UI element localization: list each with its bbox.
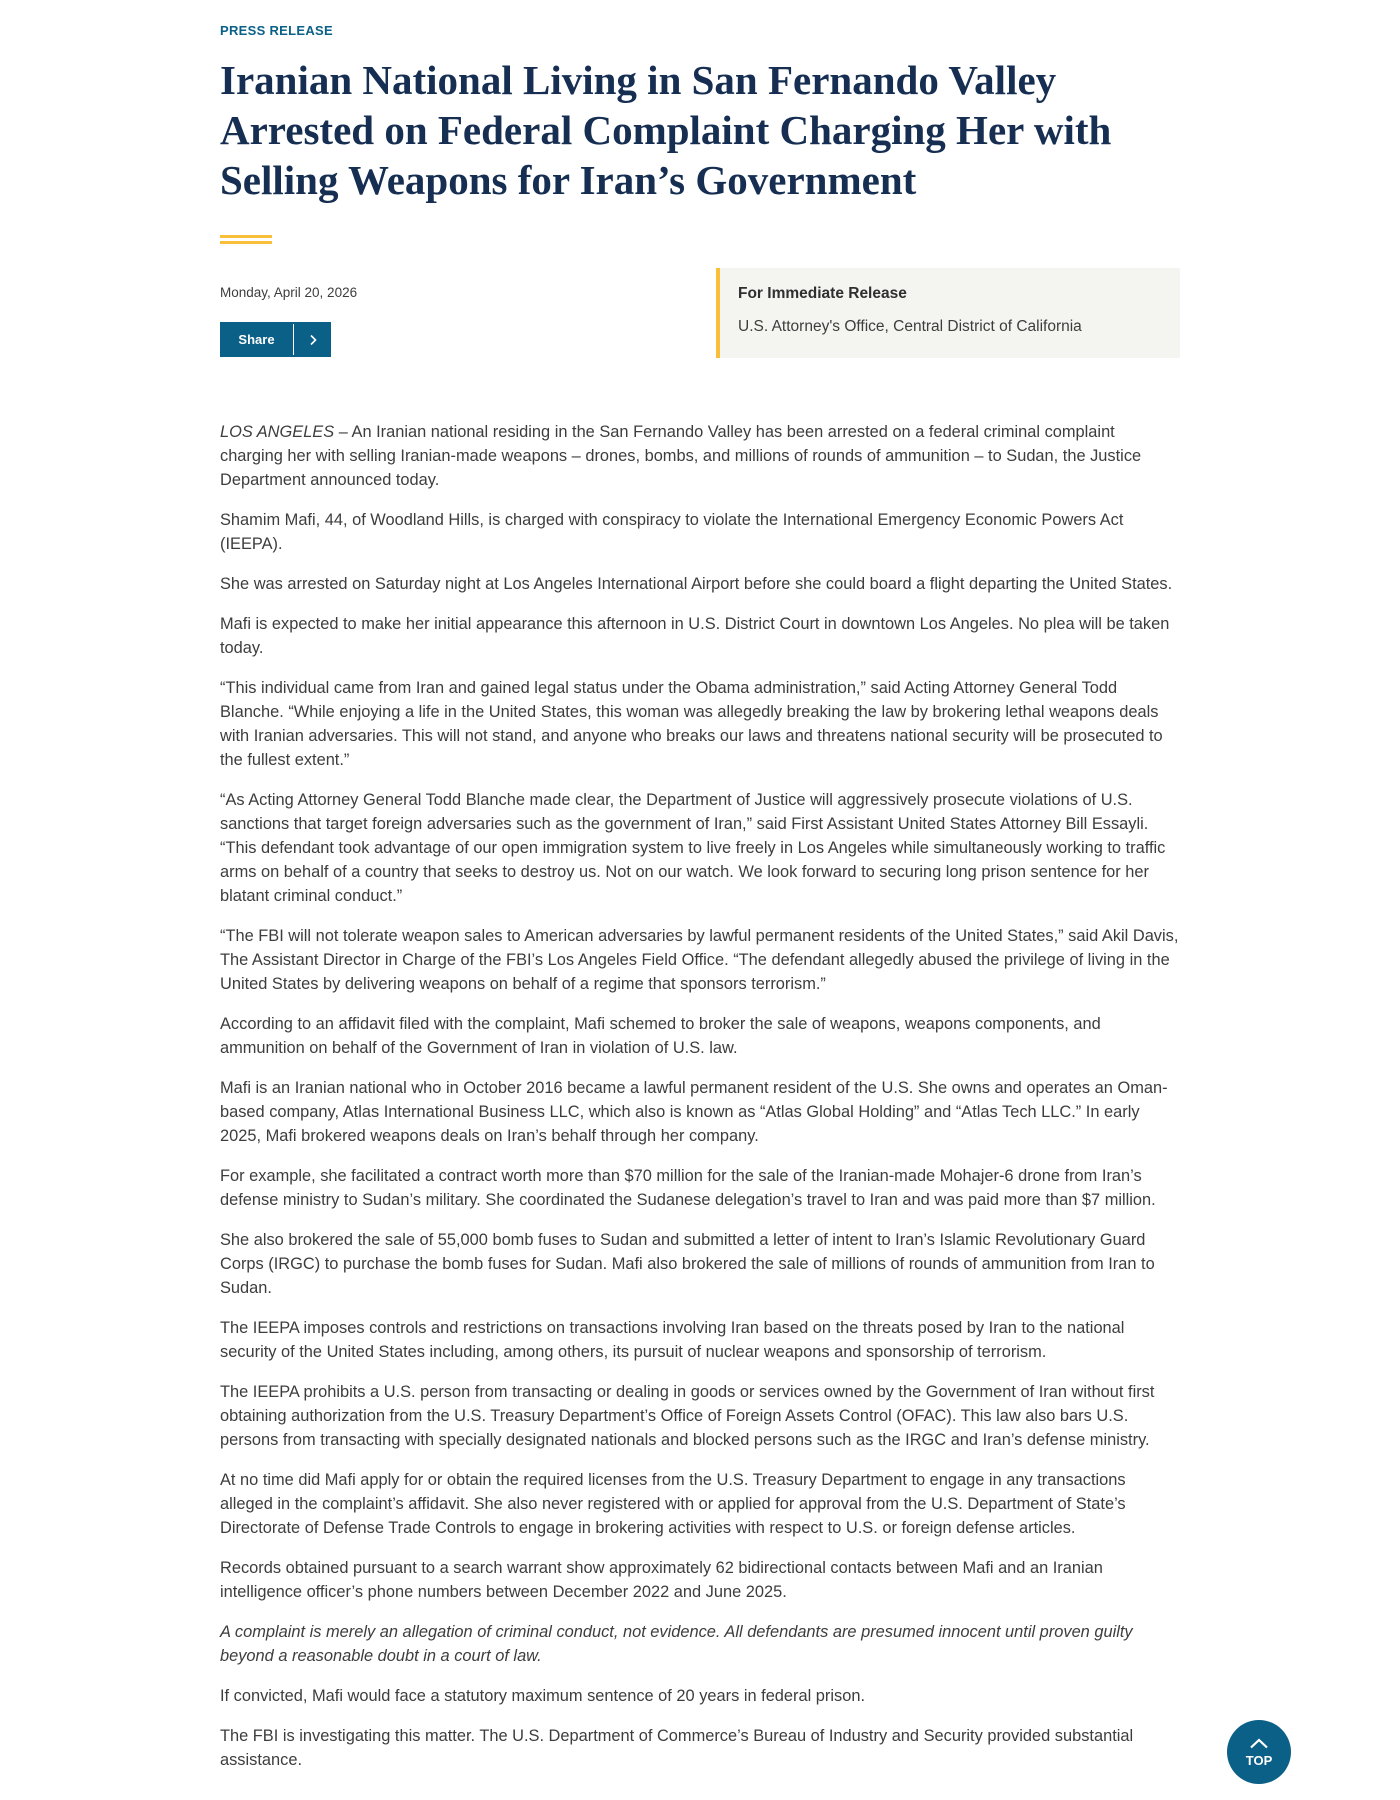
article-paragraph: The FBI is investigating this matter. Th…	[220, 1724, 1180, 1772]
page-eyebrow: PRESS RELEASE	[220, 23, 333, 38]
release-type: For Immediate Release	[738, 284, 1180, 304]
article-paragraph: She also brokered the sale of 55,000 bom…	[220, 1228, 1180, 1300]
back-to-top-label: TOP	[1246, 1753, 1273, 1768]
article-paragraph: The IEEPA imposes controls and restricti…	[220, 1316, 1180, 1364]
article-paragraph: LOS ANGELES – An Iranian national residi…	[220, 420, 1180, 492]
page-title: Iranian National Living in San Fernando …	[220, 55, 1180, 205]
back-to-top-button[interactable]: TOP	[1227, 1720, 1291, 1784]
article-paragraph: “The FBI will not tolerate weapon sales …	[220, 924, 1180, 996]
article-paragraph: “This individual came from Iran and gain…	[220, 676, 1180, 772]
issuing-office: U.S. Attorney's Office, Central District…	[738, 317, 1180, 337]
dateline: LOS ANGELES	[220, 423, 334, 441]
article-paragraph: Mafi is expected to make her initial app…	[220, 612, 1180, 660]
article-paragraph: She was arrested on Saturday night at Lo…	[220, 572, 1180, 596]
article-paragraph: “As Acting Attorney General Todd Blanche…	[220, 788, 1180, 908]
article-paragraph: If convicted, Mafi would face a statutor…	[220, 1684, 1180, 1708]
article-paragraph: Records obtained pursuant to a search wa…	[220, 1556, 1180, 1604]
release-info-panel: For Immediate Release U.S. Attorney's Of…	[716, 268, 1180, 358]
article-paragraph: The IEEPA prohibits a U.S. person from t…	[220, 1380, 1180, 1452]
publish-date: Monday, April 20, 2026	[220, 285, 357, 300]
article-paragraph: Mafi is an Iranian national who in Octob…	[220, 1076, 1180, 1148]
article-paragraph: At no time did Mafi apply for or obtain …	[220, 1468, 1180, 1540]
article-paragraph: According to an affidavit filed with the…	[220, 1012, 1180, 1060]
chevron-up-icon	[1249, 1737, 1269, 1752]
chevron-right-icon	[294, 322, 331, 357]
legal-disclaimer: A complaint is merely an allegation of c…	[220, 1620, 1180, 1668]
decorative-divider	[220, 235, 272, 244]
share-button[interactable]: Share	[220, 322, 331, 357]
share-label: Share	[220, 322, 293, 357]
article-body: LOS ANGELES – An Iranian national residi…	[220, 420, 1180, 1788]
article-paragraph: For example, she facilitated a contract …	[220, 1164, 1180, 1212]
article-paragraph: Shamim Mafi, 44, of Woodland Hills, is c…	[220, 508, 1180, 556]
